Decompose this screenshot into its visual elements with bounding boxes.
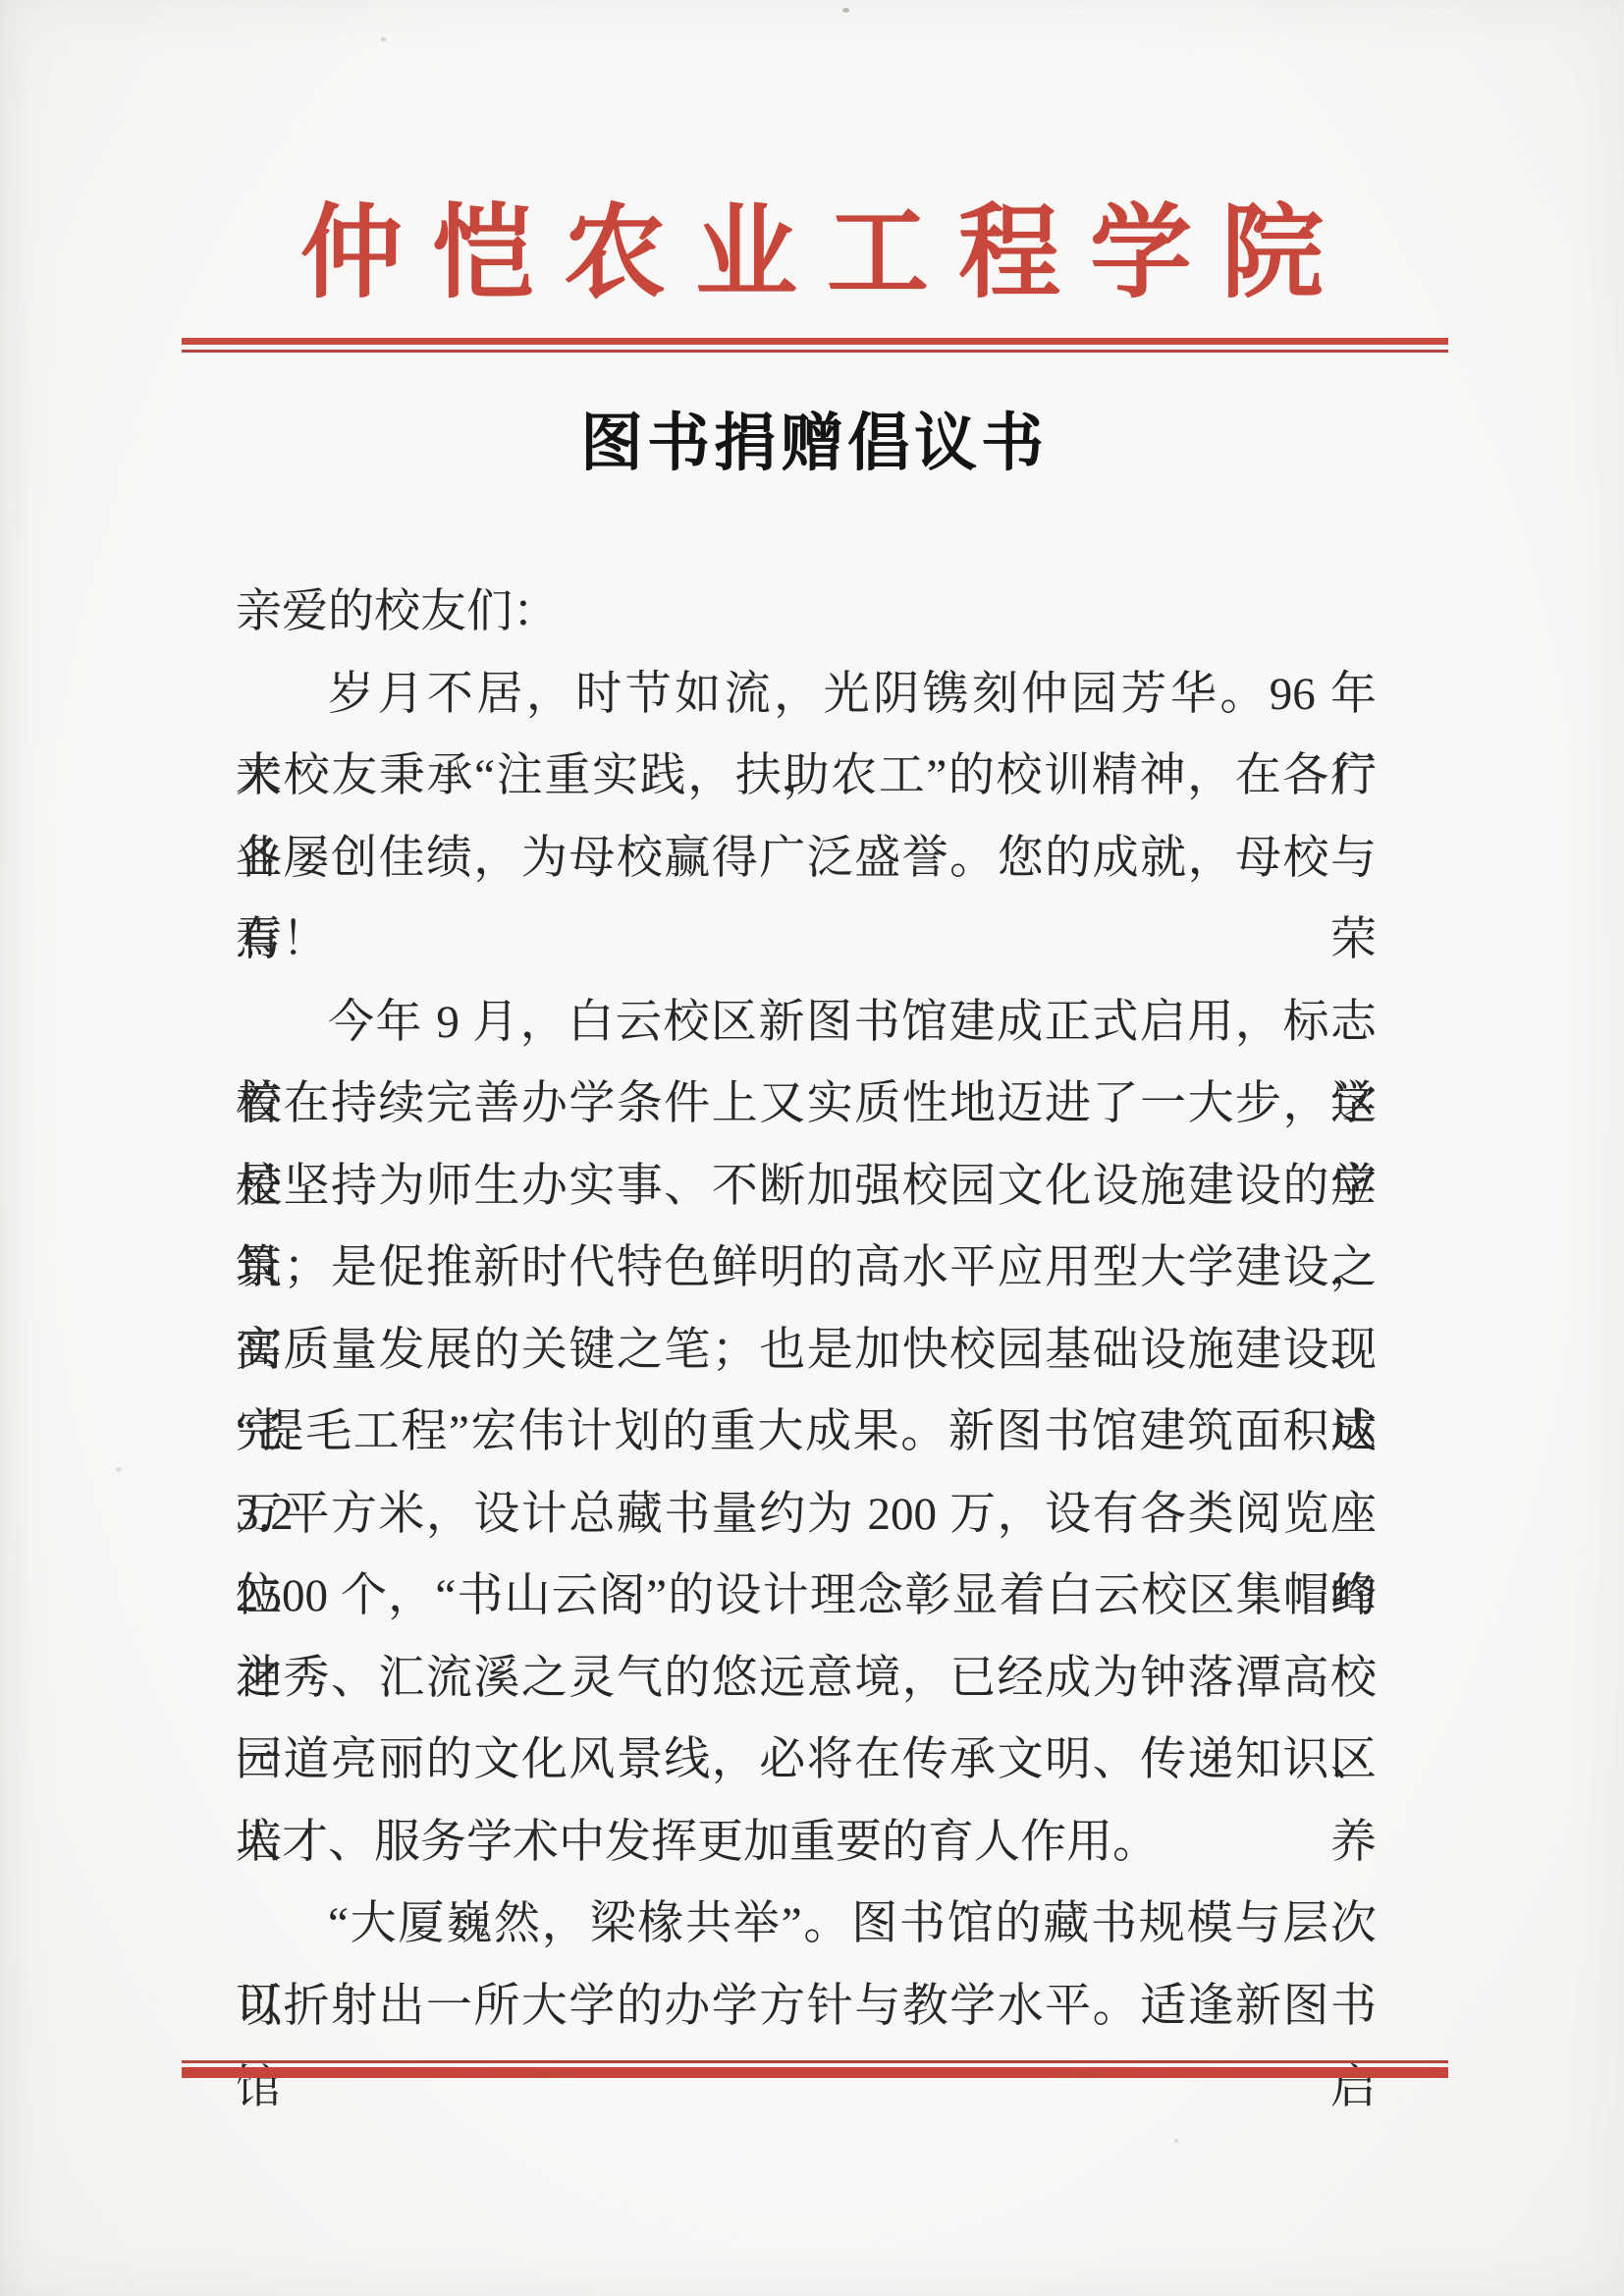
document-title: 图书捐赠倡议书	[0, 393, 1624, 483]
letterhead-divider	[182, 338, 1448, 353]
body-line: 高质量发展的关键之笔；也是加快校园基础设施建设、完成	[236, 1310, 1377, 1393]
university-letterhead: 仲恺农业工程学院	[0, 198, 1624, 310]
scan-speck	[116, 1467, 122, 1472]
body-line: 校在持续完善办学条件上又实质性地迈进了一大步，这是学	[236, 1064, 1377, 1146]
body-line: 一道亮丽的文化风景线，必将在传承文明、传递知识、培养	[236, 1720, 1377, 1802]
scanned-letter-page: 仲恺农业工程学院 图书捐赠倡议书 亲爱的校友们： 岁月不居，时节如流，光阴镌刻仲…	[0, 0, 1624, 2296]
body-line: 万平方米，设计总藏书量约为 200 万，设有各类阅览座位约	[236, 1474, 1377, 1557]
body-line: 校坚持为师生办实事、不断加强校园文化设施建设的应景之	[236, 1146, 1377, 1229]
body-line: “提毛工程”宏伟计划的重大成果。新图书馆建筑面积达 3.2	[236, 1392, 1377, 1474]
scan-speck	[381, 37, 386, 41]
divider-thick-rule	[182, 2067, 1448, 2078]
body-line: 以折射出一所大学的办学方针与教学水平。适逢新图书馆启	[236, 1966, 1377, 2049]
body-line: 大校友秉承“注重实践，扶助农工”的校训精神，在各行各	[236, 736, 1377, 818]
scan-speck	[842, 8, 849, 13]
body-line: 筑；是促推新时代特色鲜明的高水平应用型大学建设，实现	[236, 1228, 1377, 1310]
scan-speck	[1174, 2139, 1178, 2143]
body-line: 神秀、汇流溪之灵气的悠远意境，已经成为钟落潭高校园区	[236, 1638, 1377, 1721]
body-line: 2500 个，“书山云阁”的设计理念彰显着白云校区集帽峰之	[236, 1556, 1377, 1638]
body-line: 今年 9 月，白云校区新图书馆建成正式启用，标志着学	[236, 982, 1377, 1065]
body-line: 岁月不居，时节如流，光阴镌刻仲园芳华。96 年来，广	[236, 654, 1377, 737]
divider-thick-rule	[182, 338, 1448, 345]
footer-divider	[182, 2060, 1448, 2078]
salutation: 亲爱的校友们：	[236, 572, 1377, 654]
body-line: 业屡创佳绩，为母校赢得广泛盛誉。您的成就，母校与有荣	[236, 818, 1377, 901]
body-line: “大厦巍然，梁椽共举”。图书馆的藏书规模与层次可	[236, 1884, 1377, 1966]
divider-thin-rule	[182, 350, 1448, 353]
letter-body: 亲爱的校友们： 岁月不居，时节如流，光阴镌刻仲园芳华。96 年来，广大校友秉承“…	[236, 572, 1377, 2048]
divider-thin-rule	[182, 2060, 1448, 2063]
